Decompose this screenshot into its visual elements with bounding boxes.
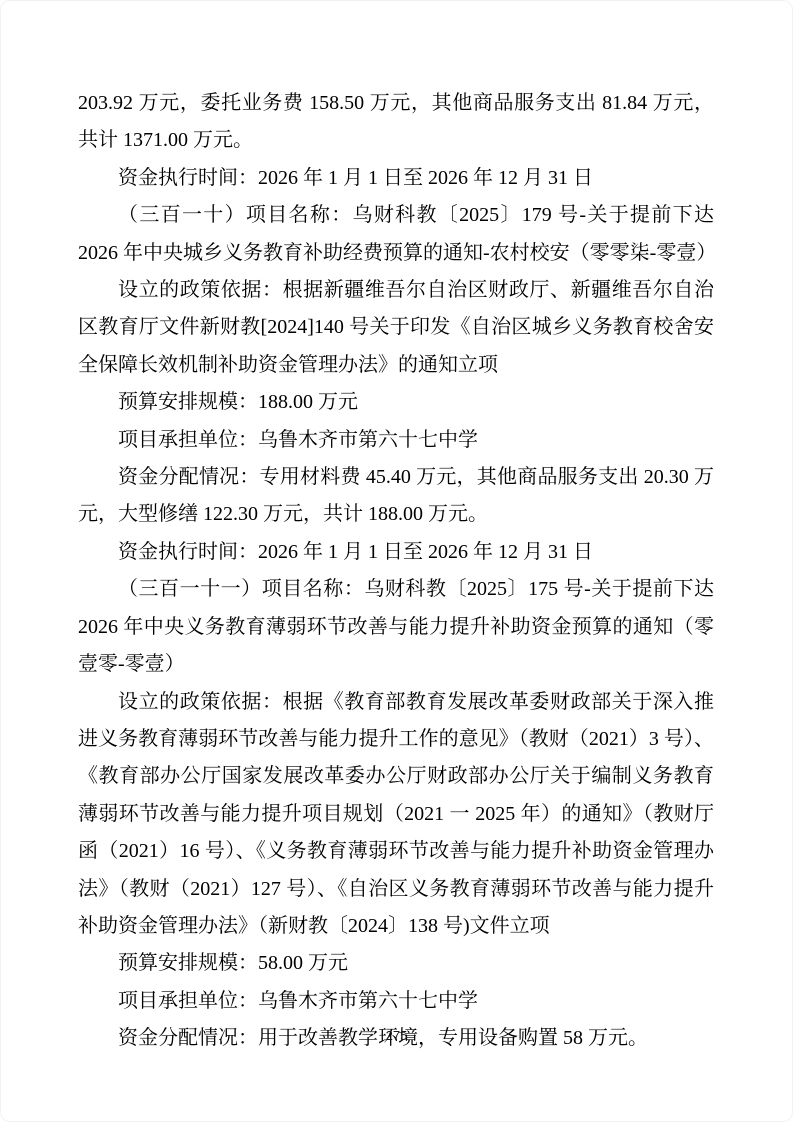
paragraph: 预算安排规模：188.00 万元 [78, 384, 714, 421]
paragraph: （三百一十）项目名称：乌财科教〔2025〕179 号-关于提前下达 2026 年… [78, 197, 714, 272]
paragraph: 预算安排规模：58.00 万元 [78, 945, 714, 982]
paragraph: 项目承担单位：乌鲁木齐市第六十七中学 [78, 422, 714, 459]
paragraph: 资金执行时间：2026 年 1 月 1 日至 2026 年 12 月 31 日 [78, 534, 714, 571]
document-page: 203.92 万元，委托业务费 158.50 万元，其他商品服务支出 81.84… [0, 0, 793, 1122]
paragraph: 203.92 万元，委托业务费 158.50 万元，其他商品服务支出 81.84… [78, 85, 714, 160]
paragraph: （三百一十一）项目名称：乌财科教〔2025〕175 号-关于提前下达 2026 … [78, 571, 714, 683]
paragraph: 设立的政策依据：根据《教育部教育发展改革委财政部关于深入推进义务教育薄弱环节改善… [78, 684, 714, 946]
paragraph: 资金执行时间：2026 年 1 月 1 日至 2026 年 12 月 31 日 [78, 160, 714, 197]
paragraph: 项目承担单位：乌鲁木齐市第六十七中学 [78, 983, 714, 1020]
paragraph: 资金分配情况：专用材料费 45.40 万元，其他商品服务支出 20.30 万元，… [78, 459, 714, 534]
document-body: 203.92 万元，委托业务费 158.50 万元，其他商品服务支出 81.84… [78, 85, 714, 1058]
page-footer: 275 [0, 1028, 793, 1043]
page-number: 275 [386, 1028, 408, 1043]
paragraph: 设立的政策依据：根据新疆维吾尔自治区财政厅、新疆维吾尔自治区教育厅文件新财教[2… [78, 272, 714, 384]
